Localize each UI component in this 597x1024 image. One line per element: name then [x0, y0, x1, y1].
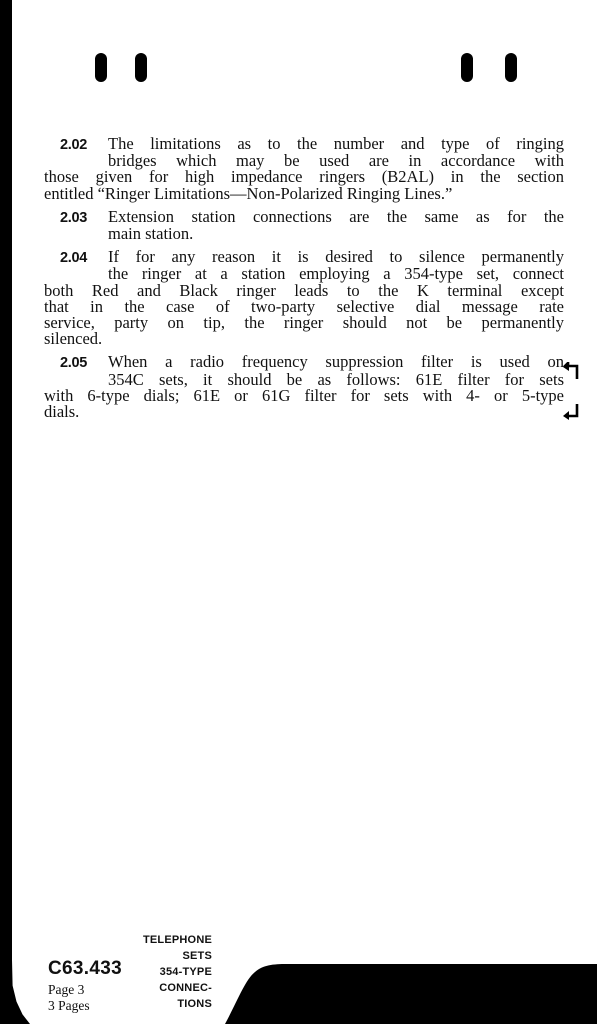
paragraph-line: service, party on tip, the ringer should… — [44, 315, 564, 331]
paragraph-text: When a radio frequency suppression filte… — [108, 352, 564, 371]
paragraph-number: 2.03 — [60, 210, 108, 226]
subject-line: CONNEC- — [132, 980, 212, 996]
paragraph-line: with 6-type dials; 61E or 61G filter for… — [44, 388, 564, 404]
document-body: 2.02The limitations as to the number and… — [44, 136, 564, 427]
paragraph-number: 2.02 — [60, 137, 108, 153]
paragraph-text: The limitations as to the number and typ… — [108, 134, 564, 153]
paragraph-text: If for any reason it is desired to silen… — [108, 247, 564, 266]
paragraph-number: 2.05 — [60, 355, 108, 371]
paragraph-2-05: 2.05When a radio frequency suppression f… — [44, 354, 564, 420]
paragraph-2-03: 2.03Extension station connections are th… — [44, 209, 564, 242]
subject-line: TIONS — [132, 996, 212, 1012]
page-number: Page 3 — [48, 982, 90, 998]
punch-hole — [461, 53, 473, 82]
punch-hole — [95, 53, 107, 82]
footer-subject: TELEPHONE SETS 354-TYPE CONNEC- TIONS — [132, 932, 212, 1012]
paragraph-line: silenced. — [44, 331, 564, 347]
paragraph-text: Extension station connections are the sa… — [108, 207, 564, 226]
subject-line: SETS — [132, 948, 212, 964]
paragraph-2-04: 2.04If for any reason it is desired to s… — [44, 249, 564, 347]
subject-line: 354-TYPE — [132, 964, 212, 980]
binding-edge-curve — [0, 960, 30, 1024]
paragraph-number: 2.04 — [60, 250, 108, 266]
section-id: C63.433 — [48, 958, 122, 980]
total-pages: 3 Pages — [48, 998, 90, 1014]
change-start-bracket-icon — [563, 362, 581, 380]
subject-line: TELEPHONE — [132, 932, 212, 948]
page-info: Page 3 3 Pages — [48, 982, 90, 1014]
paragraph-line: main station. — [44, 226, 564, 242]
paragraph-line: dials. — [44, 404, 564, 420]
punch-hole — [135, 53, 147, 82]
paragraph-2-02: 2.02The limitations as to the number and… — [44, 136, 564, 202]
paragraph-line: entitled “Ringer Limitations—Non-Polariz… — [44, 186, 564, 202]
index-tab — [225, 962, 597, 1024]
change-end-bracket-icon — [563, 403, 581, 421]
punch-hole — [505, 53, 517, 82]
binding-edge — [0, 0, 12, 1024]
